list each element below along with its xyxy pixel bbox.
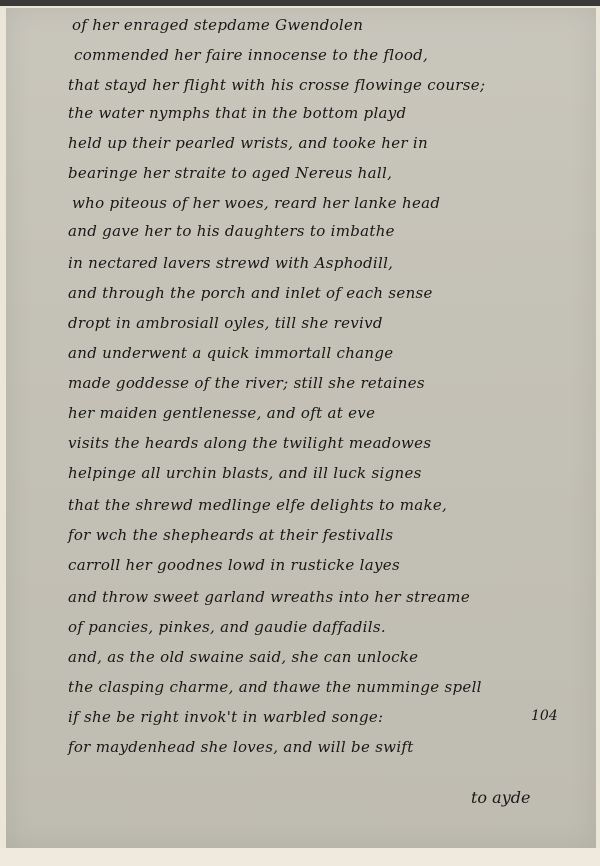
manuscript-line: that stayd her flight with his crosse fl… <box>68 76 485 94</box>
manuscript-line: commended her faire innocense to the flo… <box>74 46 428 64</box>
manuscript-line: the water nymphs that in the bottom play… <box>68 104 406 122</box>
manuscript-line: and gave her to his daughters to imbathe <box>68 222 395 240</box>
manuscript-line: and underwent a quick immortall change <box>68 344 393 362</box>
manuscript-line: and through the porch and inlet of each … <box>68 284 433 302</box>
manuscript-line: dropt in ambrosiall oyles, till she revi… <box>68 314 383 332</box>
manuscript-line: held up their pearled wrists, and tooke … <box>68 134 428 152</box>
manuscript-line: of her enraged stepdame Gwendolen <box>72 16 363 34</box>
manuscript-line: if she be right invok't in warbled songe… <box>68 708 383 726</box>
manuscript-line: and, as the old swaine said, she can unl… <box>68 648 418 666</box>
manuscript-line: made goddesse of the river; still she re… <box>68 374 425 392</box>
manuscript-line: who piteous of her woes, reard her lanke… <box>72 194 440 212</box>
manuscript-line: carroll her goodnes lowd in rusticke lay… <box>68 556 400 574</box>
manuscript-line: the clasping charme, and thawe the nummi… <box>68 678 482 696</box>
manuscript-line: bearinge her straite to aged Nereus hall… <box>68 164 392 182</box>
manuscript-line: visits the heards along the twilight mea… <box>68 434 431 452</box>
manuscript-line: her maiden gentlenesse, and oft at eve <box>68 404 375 422</box>
manuscript-line: for wch the shepheards at their festival… <box>68 526 393 544</box>
manuscript-line: helpinge all urchin blasts, and ill luck… <box>68 464 422 482</box>
closing-catchword: to ayde <box>471 788 530 807</box>
manuscript-page: of her enraged stepdame Gwendolen commen… <box>6 8 596 848</box>
scan-top-edge <box>0 0 600 6</box>
manuscript-line: for maydenhead she loves, and will be sw… <box>68 738 414 756</box>
manuscript-line: of pancies, pinkes, and gaudie daffadils… <box>68 618 386 636</box>
scan-bottom-margin <box>0 848 600 866</box>
margin-line-number: 104 <box>531 708 558 724</box>
manuscript-line: in nectared lavers strewd with Asphodill… <box>68 254 393 272</box>
manuscript-line: that the shrewd medlinge elfe delights t… <box>68 496 447 514</box>
manuscript-line: and throw sweet garland wreaths into her… <box>68 588 470 606</box>
